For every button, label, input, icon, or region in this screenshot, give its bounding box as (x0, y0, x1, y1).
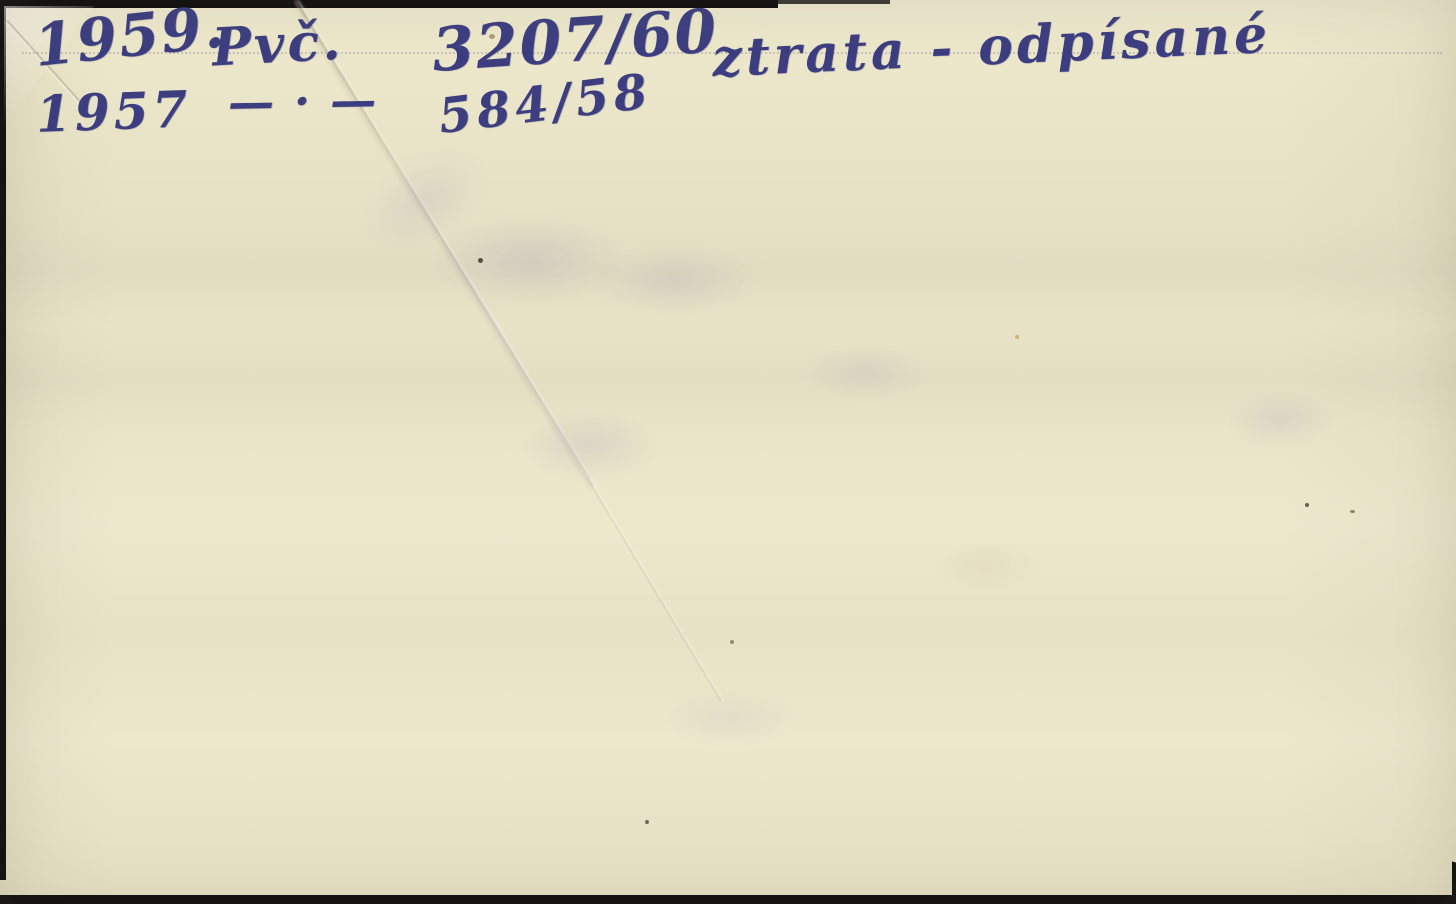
scan-edge-top-thin (770, 0, 890, 4)
handwritten-ditto-mark: — · — (228, 73, 379, 130)
paper-speck (478, 258, 483, 263)
handwritten-abbreviation-pvc: Pvč. (210, 11, 344, 79)
scan-edge-left (0, 0, 6, 880)
ink-offset-smudge (590, 245, 760, 315)
ink-offset-smudge (660, 690, 800, 745)
scan-edge-bottom (0, 895, 1456, 904)
ink-offset-smudge (1225, 390, 1335, 450)
scan-vignette (0, 0, 1456, 904)
handwritten-year-1957: 1957 (35, 79, 192, 143)
paper-stain (930, 540, 1040, 590)
paper-speck (730, 640, 734, 644)
paper-speck (1015, 335, 1019, 339)
handwritten-note-loss-written-off: ztrata - odpísané (711, 4, 1272, 89)
paper-speck (1305, 503, 1309, 507)
paper-speck (645, 820, 649, 824)
scanned-index-card: 1959. Pvč. 3207/60 ztrata - odpísané 195… (0, 0, 1456, 904)
ink-offset-smudge (800, 345, 930, 400)
handwritten-year-1959: 1959. (31, 0, 229, 80)
ink-offset-smudge (520, 410, 660, 480)
diagonal-fold-crease-lower (586, 478, 722, 702)
scan-edge-right-sliver (1452, 861, 1456, 896)
paper-speck (1350, 510, 1355, 513)
